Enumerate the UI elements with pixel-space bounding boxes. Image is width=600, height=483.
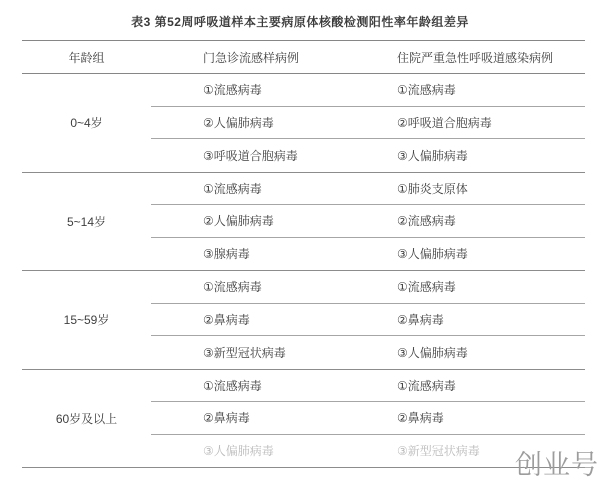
pathogen-cell: ①流感病毒	[151, 173, 397, 205]
pathogen-rank-row: ③新型冠状病毒 ③人偏肺病毒	[151, 336, 585, 369]
pathogen-cell: ③新型冠状病毒	[151, 336, 397, 369]
pathogen-cell: ②人偏肺病毒	[151, 205, 397, 237]
pathogen-rank-row: ①流感病毒 ①流感病毒	[151, 370, 585, 403]
pathogen-rank-row: ②鼻病毒 ②鼻病毒	[151, 304, 585, 337]
pathogen-cell: ①流感病毒	[397, 74, 585, 106]
pathogen-rank-row: ①流感病毒 ①流感病毒	[151, 74, 585, 107]
pathogen-cell: ②鼻病毒	[151, 304, 397, 336]
pathogen-cell: ③人偏肺病毒	[151, 435, 397, 468]
age-group-cell: 5~14岁	[22, 173, 151, 271]
pathogen-rank-row: ②人偏肺病毒 ②流感病毒	[151, 205, 585, 238]
pathogen-cell: ②呼吸道合胞病毒	[397, 107, 585, 139]
data-table: 年龄组 门急诊流感样病例 住院严重急性呼吸道感染病例 0~4岁 ①流感病毒 ①流…	[22, 40, 585, 468]
pathogen-rank-row: ②人偏肺病毒 ②呼吸道合胞病毒	[151, 107, 585, 140]
pathogen-cell: ③人偏肺病毒	[397, 139, 585, 172]
pathogen-cell: ③呼吸道合胞病毒	[151, 139, 397, 172]
pathogen-cell: ①流感病毒	[151, 370, 397, 402]
pathogen-rank-row: ①流感病毒 ①流感病毒	[151, 271, 585, 304]
document-page: 表3 第52周呼吸道样本主要病原体核酸检测阳性率年龄组差异 年龄组 门急诊流感样…	[0, 0, 600, 483]
pathogen-cell: ②鼻病毒	[397, 304, 585, 336]
watermark-text: 创业号	[515, 443, 599, 482]
pathogen-rank-row: ③呼吸道合胞病毒 ③人偏肺病毒	[151, 139, 585, 172]
age-group-cell: 60岁及以上	[22, 370, 151, 468]
pathogen-rank-row: ①流感病毒 ①肺炎支原体	[151, 173, 585, 206]
table-header-row: 年龄组 门急诊流感样病例 住院严重急性呼吸道感染病例	[22, 41, 585, 74]
age-group-cell: 15~59岁	[22, 271, 151, 369]
table-row: 15~59岁 ①流感病毒 ①流感病毒 ②鼻病毒 ②鼻病毒 ③新型冠状病毒 ③人偏…	[22, 271, 585, 370]
pathogen-cell: ①流感病毒	[151, 271, 397, 303]
pathogen-cell: ①流感病毒	[151, 74, 397, 106]
pathogen-rank-row: ②鼻病毒 ②鼻病毒	[151, 402, 585, 435]
pathogen-cell: ②流感病毒	[397, 205, 585, 237]
pathogen-sub-rows: ①流感病毒 ①流感病毒 ②鼻病毒 ②鼻病毒 ③新型冠状病毒 ③人偏肺病毒	[151, 271, 585, 369]
column-header-outpatient-ili: 门急诊流感样病例	[151, 41, 397, 73]
pathogen-sub-rows: ①流感病毒 ①肺炎支原体 ②人偏肺病毒 ②流感病毒 ③腺病毒 ③人偏肺病毒	[151, 173, 585, 271]
pathogen-cell: ①肺炎支原体	[397, 173, 585, 205]
table-title: 表3 第52周呼吸道样本主要病原体核酸检测阳性率年龄组差异	[0, 13, 600, 30]
table-row: 60岁及以上 ①流感病毒 ①流感病毒 ②鼻病毒 ②鼻病毒 ③人偏肺病毒 ③新型冠…	[22, 370, 585, 469]
pathogen-cell: ①流感病毒	[397, 370, 585, 402]
pathogen-cell: ③人偏肺病毒	[397, 336, 585, 369]
pathogen-cell: ②人偏肺病毒	[151, 107, 397, 139]
age-group-cell: 0~4岁	[22, 74, 151, 172]
pathogen-cell: ①流感病毒	[397, 271, 585, 303]
column-header-hospitalized-sari: 住院严重急性呼吸道感染病例	[397, 41, 585, 73]
table-row: 0~4岁 ①流感病毒 ①流感病毒 ②人偏肺病毒 ②呼吸道合胞病毒 ③呼吸道合胞病…	[22, 74, 585, 173]
table-row: 5~14岁 ①流感病毒 ①肺炎支原体 ②人偏肺病毒 ②流感病毒 ③腺病毒 ③人偏…	[22, 173, 585, 272]
pathogen-sub-rows: ①流感病毒 ①流感病毒 ②人偏肺病毒 ②呼吸道合胞病毒 ③呼吸道合胞病毒 ③人偏…	[151, 74, 585, 172]
pathogen-cell: ③腺病毒	[151, 238, 397, 271]
column-header-age-group: 年龄组	[22, 41, 151, 73]
pathogen-rank-row: ③腺病毒 ③人偏肺病毒	[151, 238, 585, 271]
pathogen-cell: ②鼻病毒	[397, 402, 585, 434]
pathogen-cell: ②鼻病毒	[151, 402, 397, 434]
pathogen-cell: ③人偏肺病毒	[397, 238, 585, 271]
